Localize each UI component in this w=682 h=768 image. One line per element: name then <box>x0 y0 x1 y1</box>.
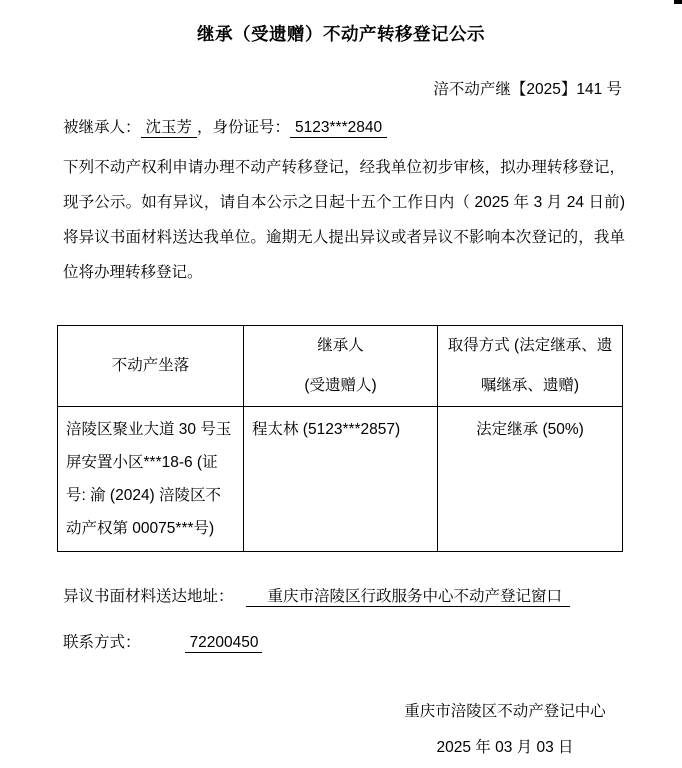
cell-property-location: 涪陵区聚业大道 30 号玉屏安置小区***18-6 (证号: 渝 (2024) … <box>58 407 244 552</box>
decedent-label: 被继承人： <box>63 119 141 136</box>
issuer-block: 重庆市涪陵区不动产登记中心 2025 年 03 月 03 日 <box>380 694 630 766</box>
decedent-id-number: 5123***2840 <box>290 119 387 138</box>
col-header-heir-line1: 继承人 <box>250 326 431 366</box>
page-title: 继承（受遗赠）不动产转移登记公示 <box>0 21 682 46</box>
col-header-property-location: 不动产坐落 <box>58 326 244 407</box>
table-header-row: 不动产坐落 继承人 (受遗赠人) 取得方式 (法定继承、遗嘱继承、遗赠) <box>58 326 623 407</box>
decedent-name: 沈玉芳 <box>141 119 198 138</box>
property-table: 不动产坐落 继承人 (受遗赠人) 取得方式 (法定继承、遗嘱继承、遗赠) 涪陵区… <box>57 325 623 552</box>
contact-label: 联系方式： <box>63 634 141 651</box>
col-header-acquisition-method: 取得方式 (法定继承、遗嘱继承、遗赠) <box>438 326 623 407</box>
document-number: 涪不动产继【2025】141 号 <box>433 77 622 99</box>
decedent-id-label: ，身份证号： <box>197 119 290 136</box>
table-row: 涪陵区聚业大道 30 号玉屏安置小区***18-6 (证号: 渝 (2024) … <box>58 407 623 552</box>
col-header-heir-line2: (受遗赠人) <box>250 366 431 406</box>
notice-body-paragraph: 下列不动产权利申请办理不动产转移登记，经我单位初步审核，拟办理转移登记，现予公示… <box>63 150 625 290</box>
objection-address-line: 异议书面材料送达地址：重庆市涪陵区行政服务中心不动产登记窗口 <box>63 586 570 608</box>
contact-line: 联系方式：72200450 <box>63 632 262 654</box>
issue-date: 2025 年 03 月 03 日 <box>380 730 630 766</box>
objection-address-value: 重庆市涪陵区行政服务中心不动产登记窗口 <box>246 588 571 607</box>
issuer-name: 重庆市涪陵区不动产登记中心 <box>380 694 630 730</box>
objection-address-label: 异议书面材料送达地址： <box>63 588 234 605</box>
decedent-line: 被继承人：沈玉芳，身份证号：5123***2840 <box>63 117 625 139</box>
cell-heir: 程太林 (5123***2857) <box>244 407 438 552</box>
scan-corner-artifact <box>674 0 682 4</box>
contact-value: 72200450 <box>185 634 263 653</box>
col-header-heir: 继承人 (受遗赠人) <box>244 326 438 407</box>
notice-page: 继承（受遗赠）不动产转移登记公示 涪不动产继【2025】141 号 被继承人：沈… <box>0 0 682 768</box>
cell-acquisition-method: 法定继承 (50%) <box>438 407 623 552</box>
